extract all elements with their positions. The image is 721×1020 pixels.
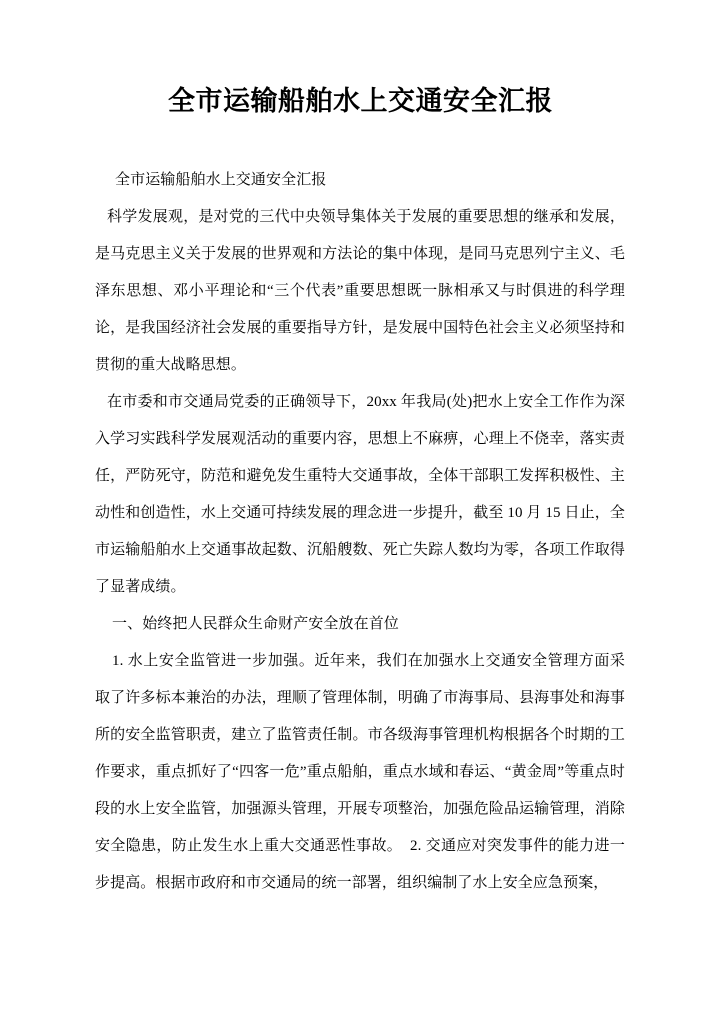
document-body: 全市运输船舶水上交通安全汇报 科学发展观，是对党的三代中央领导集体关于发展的重要… [95, 162, 625, 902]
paragraph: 1. 水上安全监管进一步加强。近年来，我们在加强水上交通安全管理方面采取了许多标… [95, 643, 625, 902]
document-page: 全市运输船舶水上交通安全汇报 全市运输船舶水上交通安全汇报 科学发展观，是对党的… [0, 0, 721, 1020]
paragraph: 在市委和市交通局党委的正确领导下，20xx 年我局(处)把水上安全工作作为深入学… [95, 384, 625, 606]
section-heading: 一、始终把人民群众生命财产安全放在首位 [95, 606, 625, 643]
paragraph-title-line: 全市运输船舶水上交通安全汇报 [95, 162, 625, 199]
document-title: 全市运输船舶水上交通安全汇报 [0, 82, 721, 120]
paragraph: 科学发展观，是对党的三代中央领导集体关于发展的重要思想的继承和发展，是马克思主义… [95, 199, 625, 384]
